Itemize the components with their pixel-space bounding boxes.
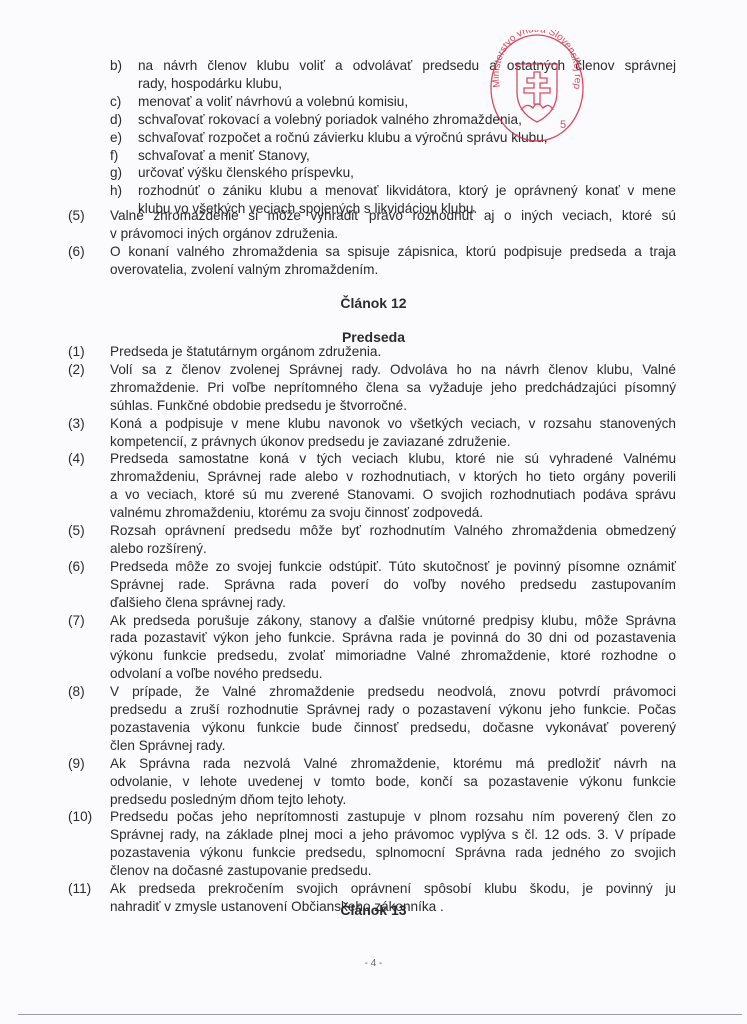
paragraph-line: Volí sa z členov zvolenej Správnej rady.…	[110, 361, 676, 378]
paragraph-line: schvaľovať a meniť Stanovy,	[138, 147, 310, 164]
article-13-title: Článok 13	[0, 902, 747, 918]
paragraph-line: kompetencií, z právnych úkonov predsedu …	[110, 433, 511, 450]
paragraph-line: Predseda samostatne koná v tých veciach …	[110, 450, 676, 467]
item-label: (3)	[68, 415, 85, 432]
paragraph-line: rady, hospodárku klubu,	[138, 75, 282, 92]
paragraph-line: Rozsah oprávnení predsedu môže byť rozho…	[110, 522, 676, 539]
item-label: b)	[110, 57, 122, 74]
item-label: (2)	[68, 361, 85, 378]
item-label: c)	[110, 93, 121, 110]
paragraph-line: rozhodnúť o zániku klubu a menovať likvi…	[138, 182, 676, 199]
paragraph-line: člen Správnej rady.	[110, 737, 225, 754]
paragraph-line: Správnej rade. Správna rada poverí do vo…	[110, 576, 676, 593]
item-label: h)	[110, 182, 122, 199]
item-label: (11)	[68, 880, 91, 897]
paragraph-line: schvaľovať rokovací a volebný poriadok v…	[138, 111, 522, 128]
svg-text:5: 5	[560, 119, 566, 131]
item-label: (5)	[68, 522, 85, 539]
item-label: (8)	[68, 683, 85, 700]
paragraph-line: súhlas. Funkčné obdobie predsedu je štvo…	[110, 397, 407, 414]
item-label: (10)	[68, 808, 92, 825]
paragraph-line: rada pozastaviť výkon jeho funkcie. Sprá…	[110, 629, 676, 646]
paragraph-line: V prípade, že Valné zhromaždenie predsed…	[110, 683, 676, 700]
paragraph-line: Predseda je štatutárnym orgánom združeni…	[110, 343, 381, 360]
paragraph-line: predsedu a zruší rozhodnutie Správnej ra…	[110, 701, 676, 718]
item-label: (5)	[68, 207, 85, 224]
paragraph-line: Koná a podpisuje v mene klubu navonok vo…	[110, 415, 676, 432]
paragraph-line: odvolaní a voľbe nového predsedu.	[110, 665, 323, 682]
paragraph-line: ďalšieho člena správnej rady.	[110, 594, 286, 611]
paragraph-line: valnému zhromaždeniu, ktorému za svoju č…	[110, 504, 483, 521]
paragraph-line: zhromaždenie. Pri voľbe neprítomného čle…	[110, 379, 676, 396]
paragraph-line: Správnej rady, na základe plnej moci a j…	[110, 826, 676, 843]
item-label: g)	[110, 164, 122, 181]
item-label: (6)	[68, 558, 85, 575]
paragraph-line: Predseda môže zo svojej funkcie odstúpiť…	[110, 558, 676, 575]
item-label: (7)	[68, 612, 85, 629]
document-page: b)na návrh členov klubu voliť a odvoláva…	[0, 0, 747, 1024]
paragraph-line: členov na dočasné zastupovanie predsedu.	[110, 862, 372, 879]
paragraph-line: Ak predseda porušuje zákony, stanovy a ď…	[110, 612, 676, 629]
page-bottom-rule	[18, 1014, 742, 1015]
item-label: (9)	[68, 755, 85, 772]
paragraph-line: odvolanie, v lehote uvedenej v tomto bod…	[110, 773, 676, 790]
paragraph-line: alebo rozšírený.	[110, 540, 207, 557]
item-label: f)	[110, 147, 118, 164]
paragraph-line: zhromaždeniu, Správnej rade alebo v rozh…	[110, 468, 676, 485]
paragraph-line: overovatelia, zvolení valným zhromaždení…	[110, 261, 378, 278]
paragraph-line: Valné zhromaždenie si môže vyhradiť práv…	[110, 207, 676, 224]
page-number: - 4 -	[0, 958, 747, 969]
item-label: d)	[110, 111, 122, 128]
paragraph-line: Ak Správna rada nezvolá Valné zhromažden…	[110, 755, 676, 772]
paragraph-line: Predsedu počas jeho neprítomnosti zastup…	[110, 808, 676, 825]
paragraph-line: predsedu posledným dňom tejto lehoty.	[110, 791, 346, 808]
paragraph-line: určovať výšku členského príspevku,	[138, 164, 354, 181]
paragraph-line: výkonu funkcie predsedu, zvolať mimoriad…	[110, 647, 676, 664]
article-12-title: Článok 12	[0, 295, 747, 311]
item-label: (4)	[68, 450, 85, 467]
paragraph-line: a vo veciach, ktoré sú mu zverené Stanov…	[110, 486, 676, 503]
item-label: (1)	[68, 343, 85, 360]
svg-text:Ministerstvo vnútra Slovenskej: Ministerstvo vnútra Slovenskej republiky	[487, 30, 583, 91]
paragraph-line: v právomoci iných orgánov združenia.	[110, 225, 338, 242]
official-stamp-icon: Ministerstvo vnútra Slovenskej republiky…	[487, 30, 587, 145]
paragraph-line: pozastavenia výkonu funkcie bude činnosť…	[110, 719, 676, 736]
paragraph-line: Ak predseda prekročením svojich oprávnen…	[110, 880, 676, 897]
item-label: (6)	[68, 243, 85, 260]
paragraph-line: O konaní valného zhromaždenia sa spisuje…	[110, 243, 676, 260]
item-label: e)	[110, 129, 122, 146]
paragraph-line: menovať a voliť návrhovú a volebnú komis…	[138, 93, 408, 110]
paragraph-line: pozastavenia výkonu funkcie predsedu, sp…	[110, 844, 676, 861]
paragraph-line: na návrh členov klubu voliť a odvolávať …	[138, 57, 676, 74]
